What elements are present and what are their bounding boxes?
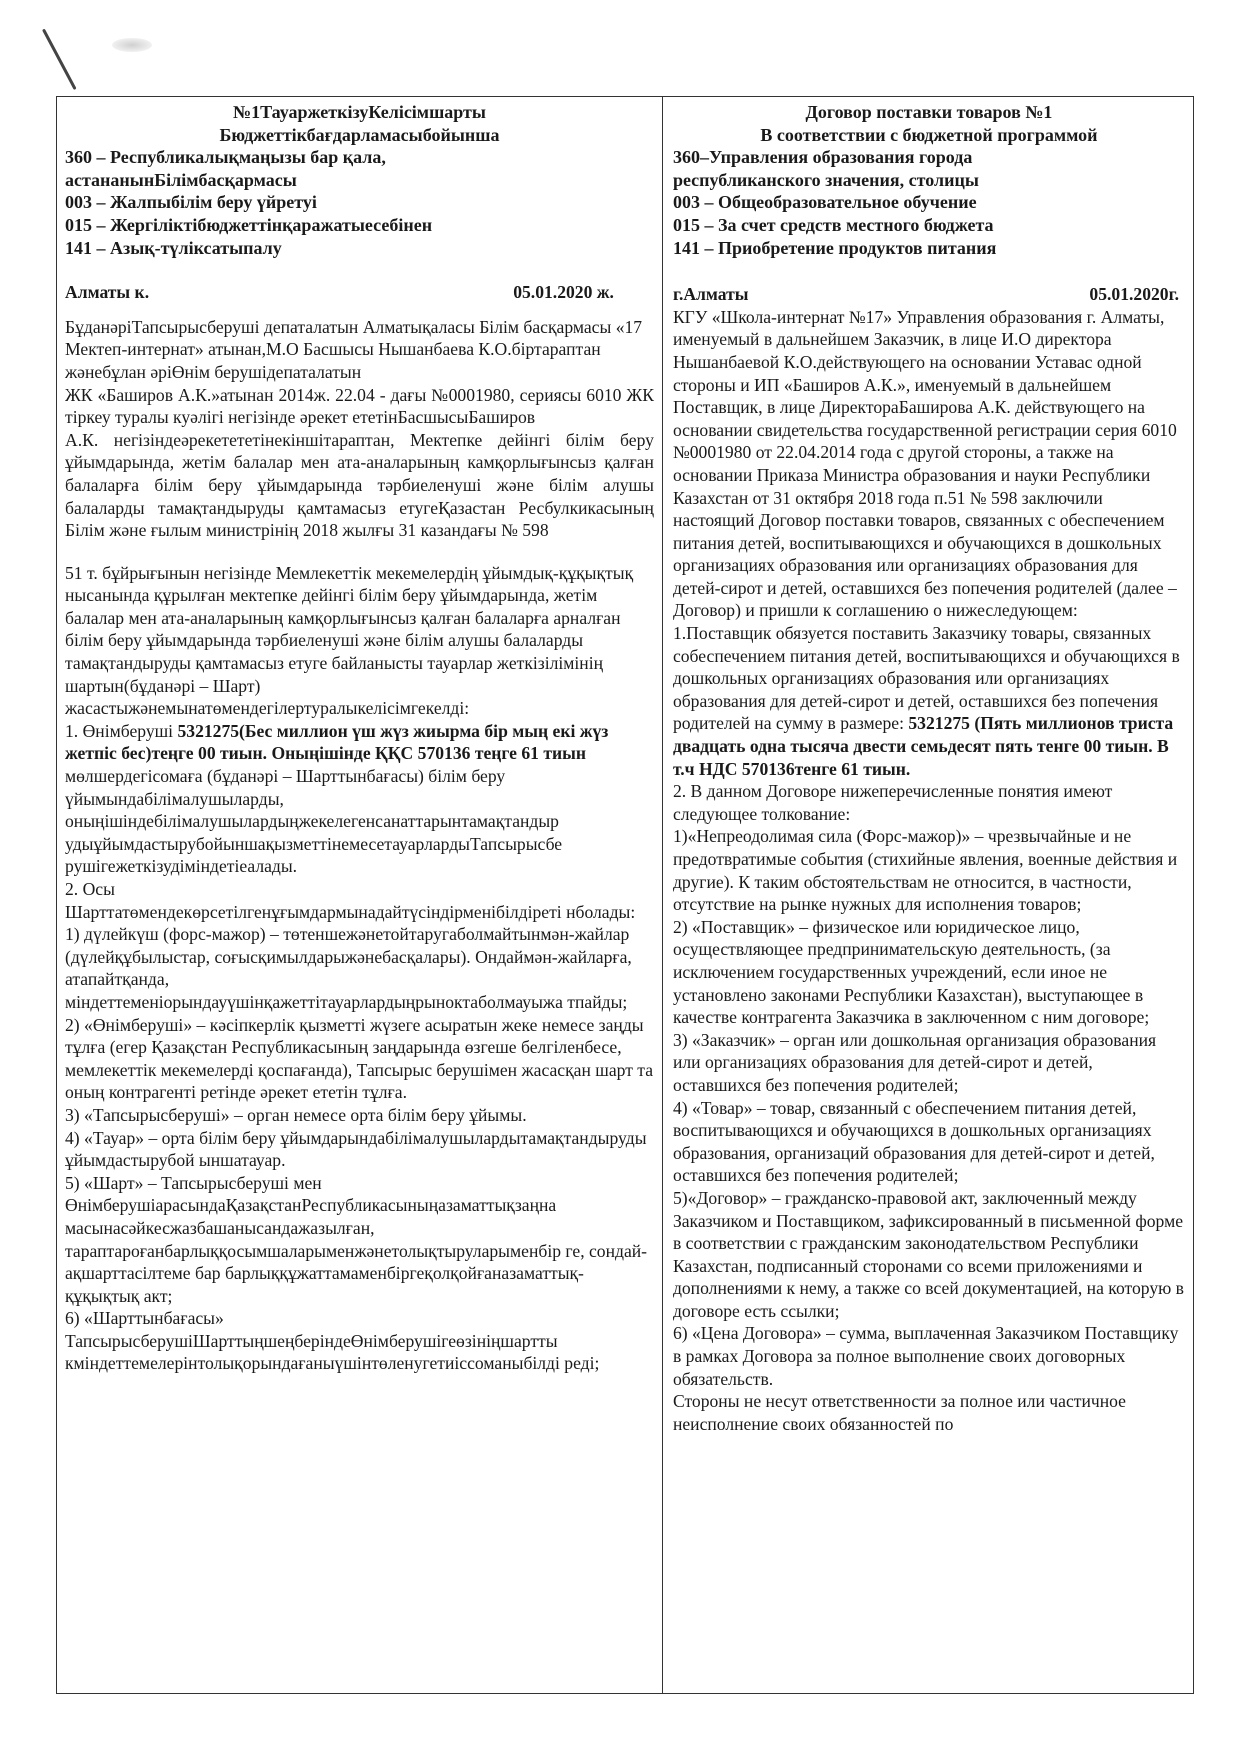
kz-code-line: астананынБілімбасқармасы [65,169,654,192]
ru-date: 05.01.2020г. [1089,283,1179,306]
ru-definition: 4) «Товар» – товар, связанный с обеспече… [673,1097,1185,1187]
kz-definition: 1) дүлейкүш (форс-мажор) – төтеншежәнето… [65,923,654,1013]
scan-artifact-line [42,29,77,90]
kz-clause-1: 1. Өнімберуші 5321275(Бес миллион үш жүз… [65,720,654,878]
kz-definition: 2) «Өнімберуші» – кәсіпкерлік қызметті ж… [65,1014,654,1104]
ru-code-line: республиканского значения, столицы [673,169,1185,192]
kz-code-line: 003 – Жалпыбілім беру үйретуі [65,191,654,214]
kz-code-line: 141 – Азық-түліксатыпалу [65,237,654,260]
ru-intro-paragraph: КГУ «Школа-интернат №17» Управления обра… [673,306,1185,622]
ru-code-line: 141 – Приобретение продуктов питания [673,237,1185,260]
ru-code-line: 015 – За счет средств местного бюджета [673,214,1185,237]
kz-place-date: Алматы к. 05.01.2020 ж. [65,281,654,304]
kz-subtitle: Бюджеттікбағдарламасыбойынша [65,124,654,147]
russian-column: Договор поставки товаров №1 В соответств… [663,97,1193,1693]
ru-clause-2: 2. В данном Договоре нижеперечисленные п… [673,780,1185,825]
kz-intro-paragraph: ЖК «Баширов А.К.»атынан 2014ж. 22.04 - д… [65,384,654,429]
kz-code-line: 015 – Жергіліктібюджеттінқаражатыесебіне… [65,214,654,237]
kz-code-line: 360 – Республикалықмаңызы бар қала, [65,146,654,169]
kazakh-column: №1ТауаржеткізуКелісімшарты Бюджеттікбағд… [57,97,663,1693]
kz-clause-2-body: Шарттатөмендекөрсетілгенұғымдармынадайтү… [65,901,654,924]
kz-city: Алматы к. [65,281,149,304]
kz-definition: 6) «Шарттынбағасы» ТапсырысберушіШарттың… [65,1307,654,1375]
ru-definition: 1)«Непреодолимая сила (Форс-мажор)» – чр… [673,825,1185,915]
scan-smudge [112,38,152,52]
ru-closing-paragraph: Стороны не несут ответственности за полн… [673,1390,1185,1435]
ru-code-line: 360–Управления образования города [673,146,1185,169]
ru-definition: 3) «Заказчик» – орган или дошкольная орг… [673,1029,1185,1097]
kz-definition: 5) «Шарт» – Тапсырысберуші мен Өнімберуш… [65,1172,654,1308]
kz-definition: 3) «Тапсырысберуші» – орган немесе орта … [65,1104,654,1127]
kz-intro-paragraph: 51 т. бұйрығынын негізінде Мемлекеттік м… [65,562,654,720]
ru-clause-1: 1.Поставщик обязуется поставить Заказчик… [673,622,1185,780]
kz-intro-paragraph: А.К. негізіндеәрекетететінекіншітараптан… [65,429,654,542]
ru-place-date: г.Алматы 05.01.2020г. [673,283,1185,306]
kz-date: 05.01.2020 ж. [513,281,614,304]
ru-subtitle: В соответствии с бюджетной программой [673,124,1185,147]
ru-city: г.Алматы [673,283,749,306]
ru-definition: 5)«Договор» – гражданско-правовой акт, з… [673,1187,1185,1323]
kz-title: №1ТауаржеткізуКелісімшарты [65,101,654,124]
kz-intro-paragraph: БұданәріТапсырысберуші депаталатын Алмат… [65,316,654,384]
ru-definition: 2) «Поставщик» – физическое или юридичес… [673,916,1185,1029]
ru-definition: 6) «Цена Договора» – сумма, выплаченная … [673,1322,1185,1390]
bilingual-contract-table: №1ТауаржеткізуКелісімшарты Бюджеттікбағд… [56,96,1194,1694]
kz-clause-2-head: 2. Осы [65,878,654,901]
kz-definition: 4) «Тауар» – орта білім беру ұйымдарында… [65,1127,654,1172]
ru-code-line: 003 – Общеобразовательное обучение [673,191,1185,214]
ru-title: Договор поставки товаров №1 [673,101,1185,124]
